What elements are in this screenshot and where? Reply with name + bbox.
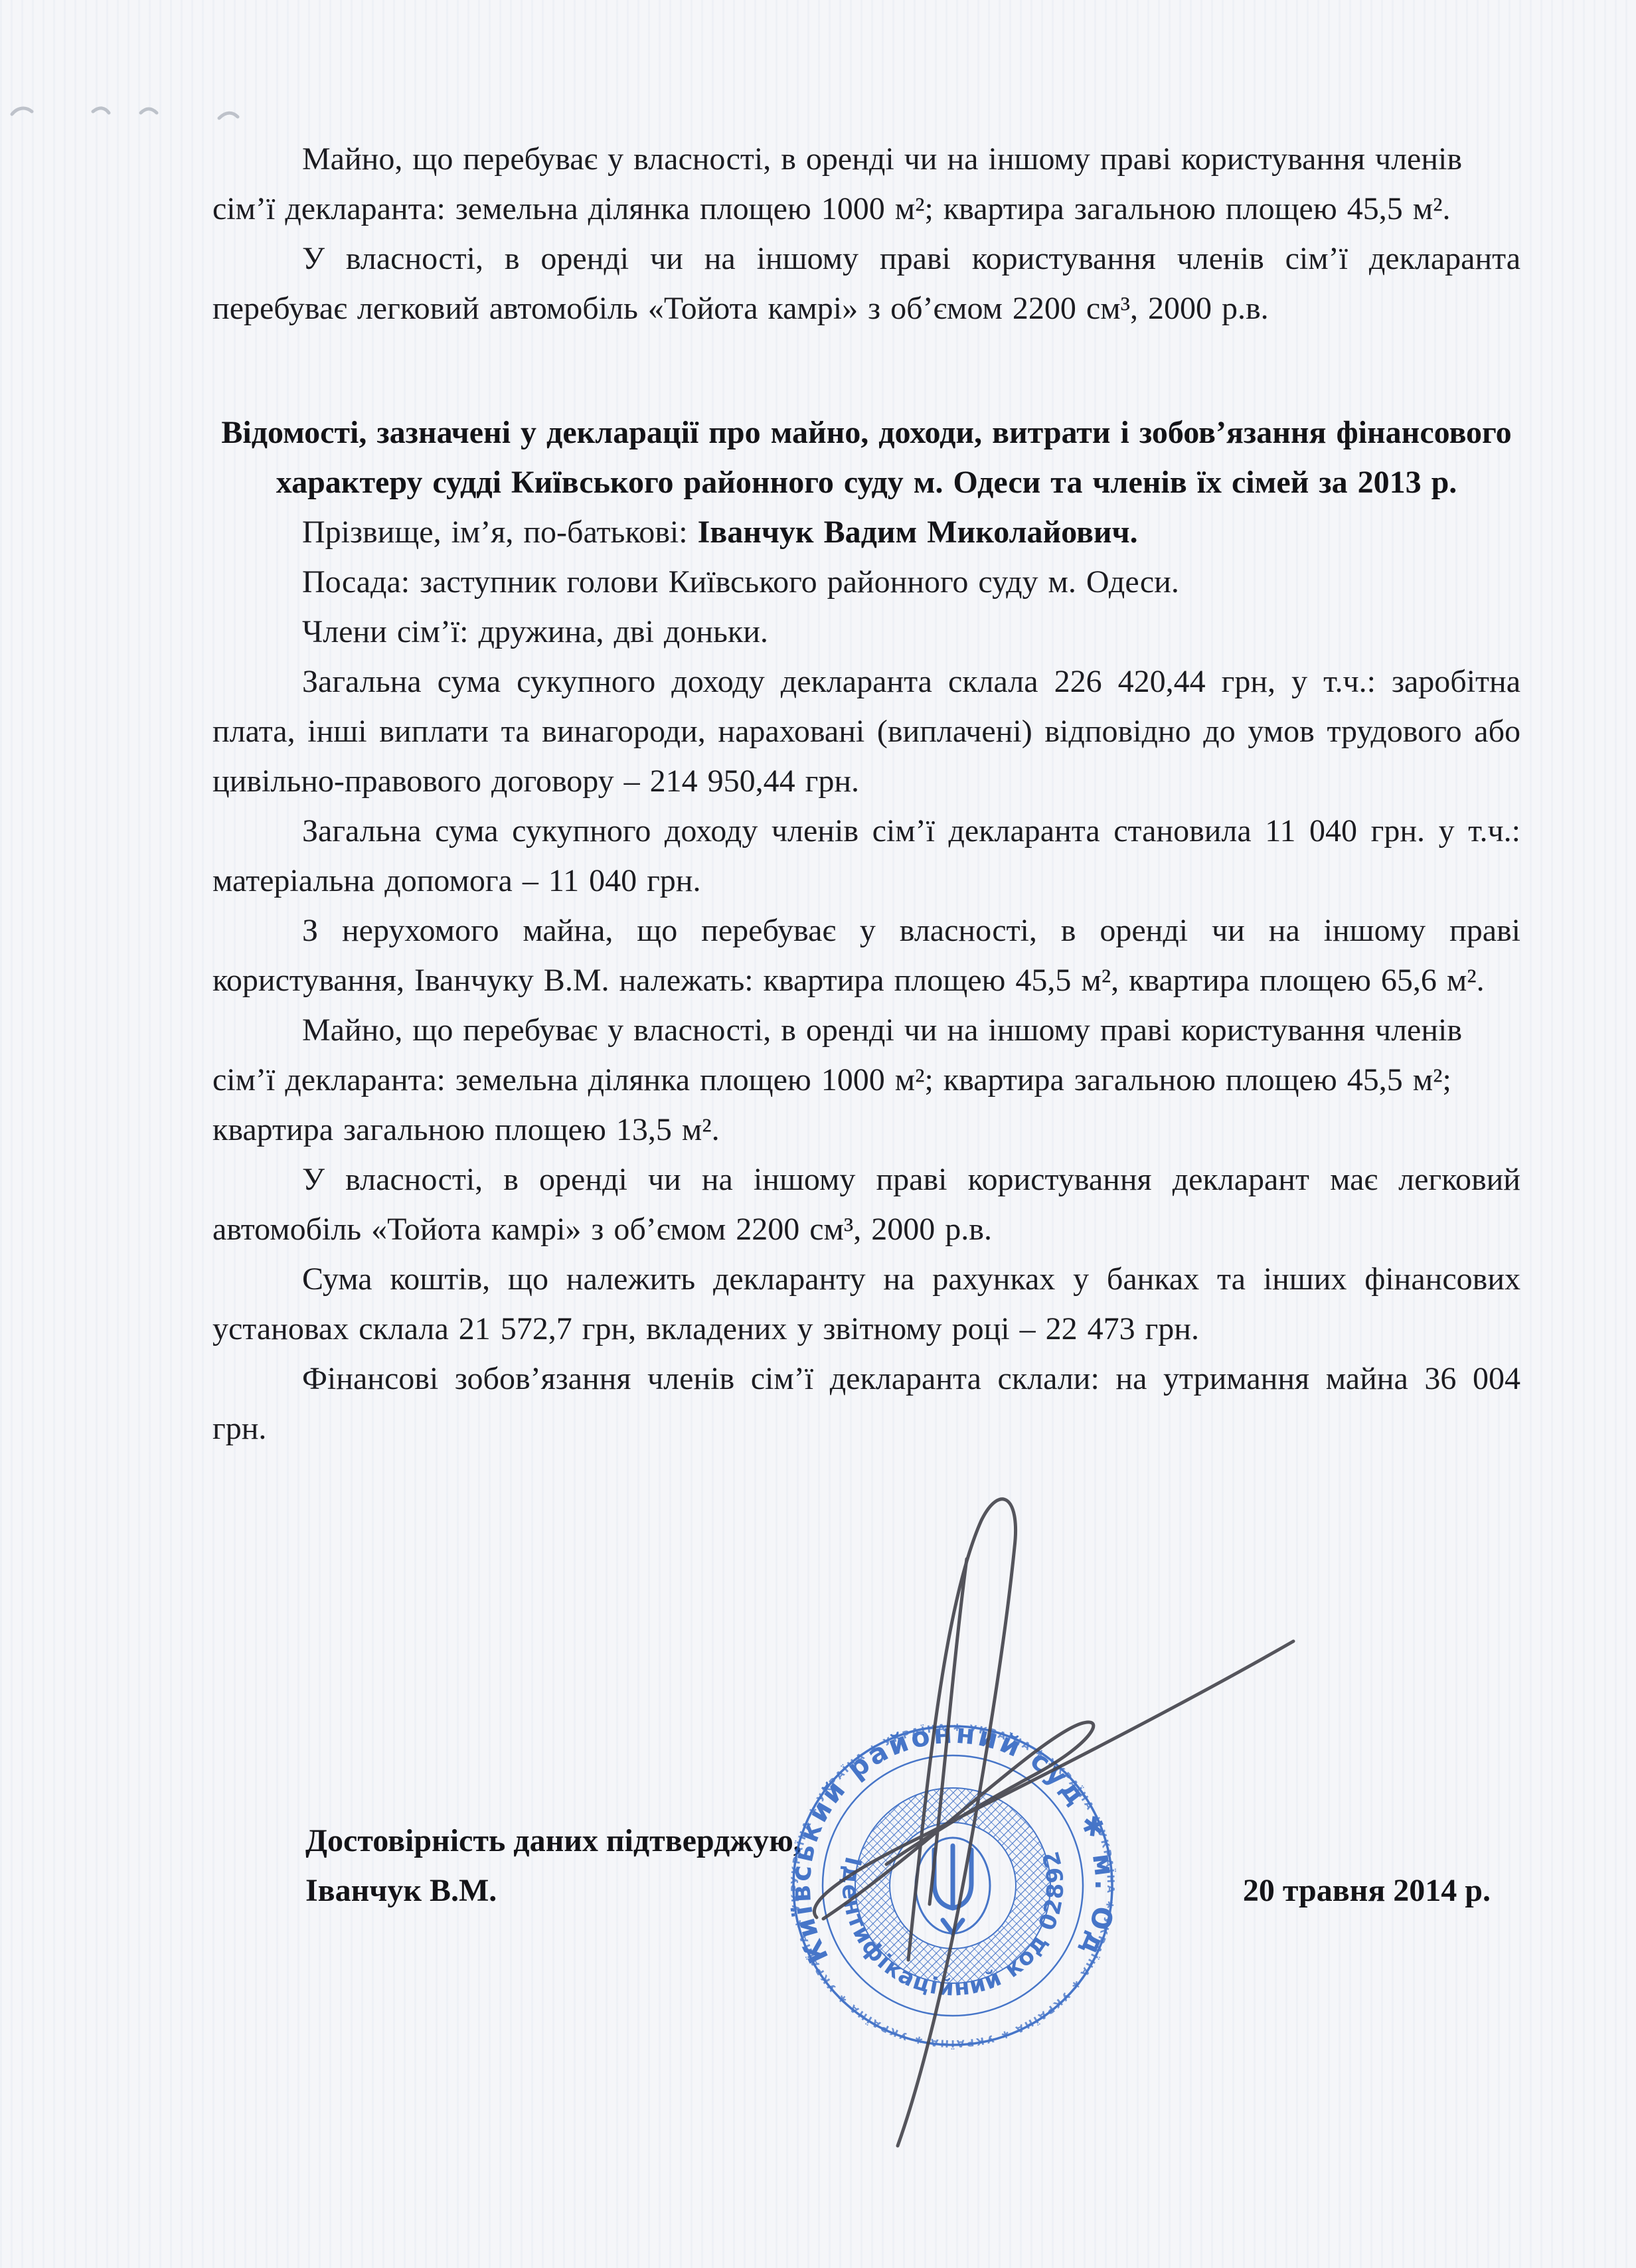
field-name-label: Прізвище, ім’я, по-батькові: — [302, 515, 698, 550]
signer-name: Іванчук В.М. — [305, 1866, 497, 1915]
declaration-date: 20 травня 2014 р. — [1243, 1866, 1491, 1915]
field-name-line: Прізвище, ім’я, по-батькові: Іванчук Вад… — [212, 507, 1520, 557]
declaration-heading: Відомості, зазначені у декларації про ма… — [212, 408, 1520, 507]
body-paragraph-bank-funds: Сума коштів, що належить декларанту на р… — [212, 1254, 1520, 1354]
body-paragraph-vehicle: У власності, в оренді чи на іншому праві… — [212, 1155, 1520, 1254]
document-page: Майно, що перебуває у власності, в оренд… — [0, 0, 1636, 2268]
intro-paragraph-1: Майно, що перебуває у власності, в оренд… — [212, 134, 1520, 234]
intro-paragraph-2: У власності, в оренді чи на іншому праві… — [212, 234, 1520, 333]
body-paragraph-liabilities: Фінансові зобов’язання членів сім’ї декл… — [212, 1354, 1520, 1453]
confirmation-line: Достовірність даних підтверджую, — [212, 1816, 1520, 1866]
field-family-line: Члени сім’ї: дружина, дві доньки. — [212, 607, 1520, 657]
body-paragraph-realty-family: Майно, що перебуває у власності, в оренд… — [212, 1005, 1520, 1155]
body-paragraph-income-declarant: Загальна сума сукупного доходу декларант… — [212, 657, 1520, 806]
body-paragraph-realty-declarant: З нерухомого майна, що перебуває у власн… — [212, 906, 1520, 1005]
field-name-value: Іванчук Вадим Миколайович. — [698, 515, 1138, 550]
signature-block: Достовірність даних підтверджую, Іванчук… — [212, 1816, 1520, 1915]
staple-marks — [12, 108, 238, 118]
body-paragraph-income-family: Загальна сума сукупного доходу членів сі… — [212, 806, 1520, 906]
document-body: Майно, що перебуває у власності, в оренд… — [212, 134, 1520, 1453]
field-position-line: Посада: заступник голови Київського райо… — [212, 557, 1520, 607]
